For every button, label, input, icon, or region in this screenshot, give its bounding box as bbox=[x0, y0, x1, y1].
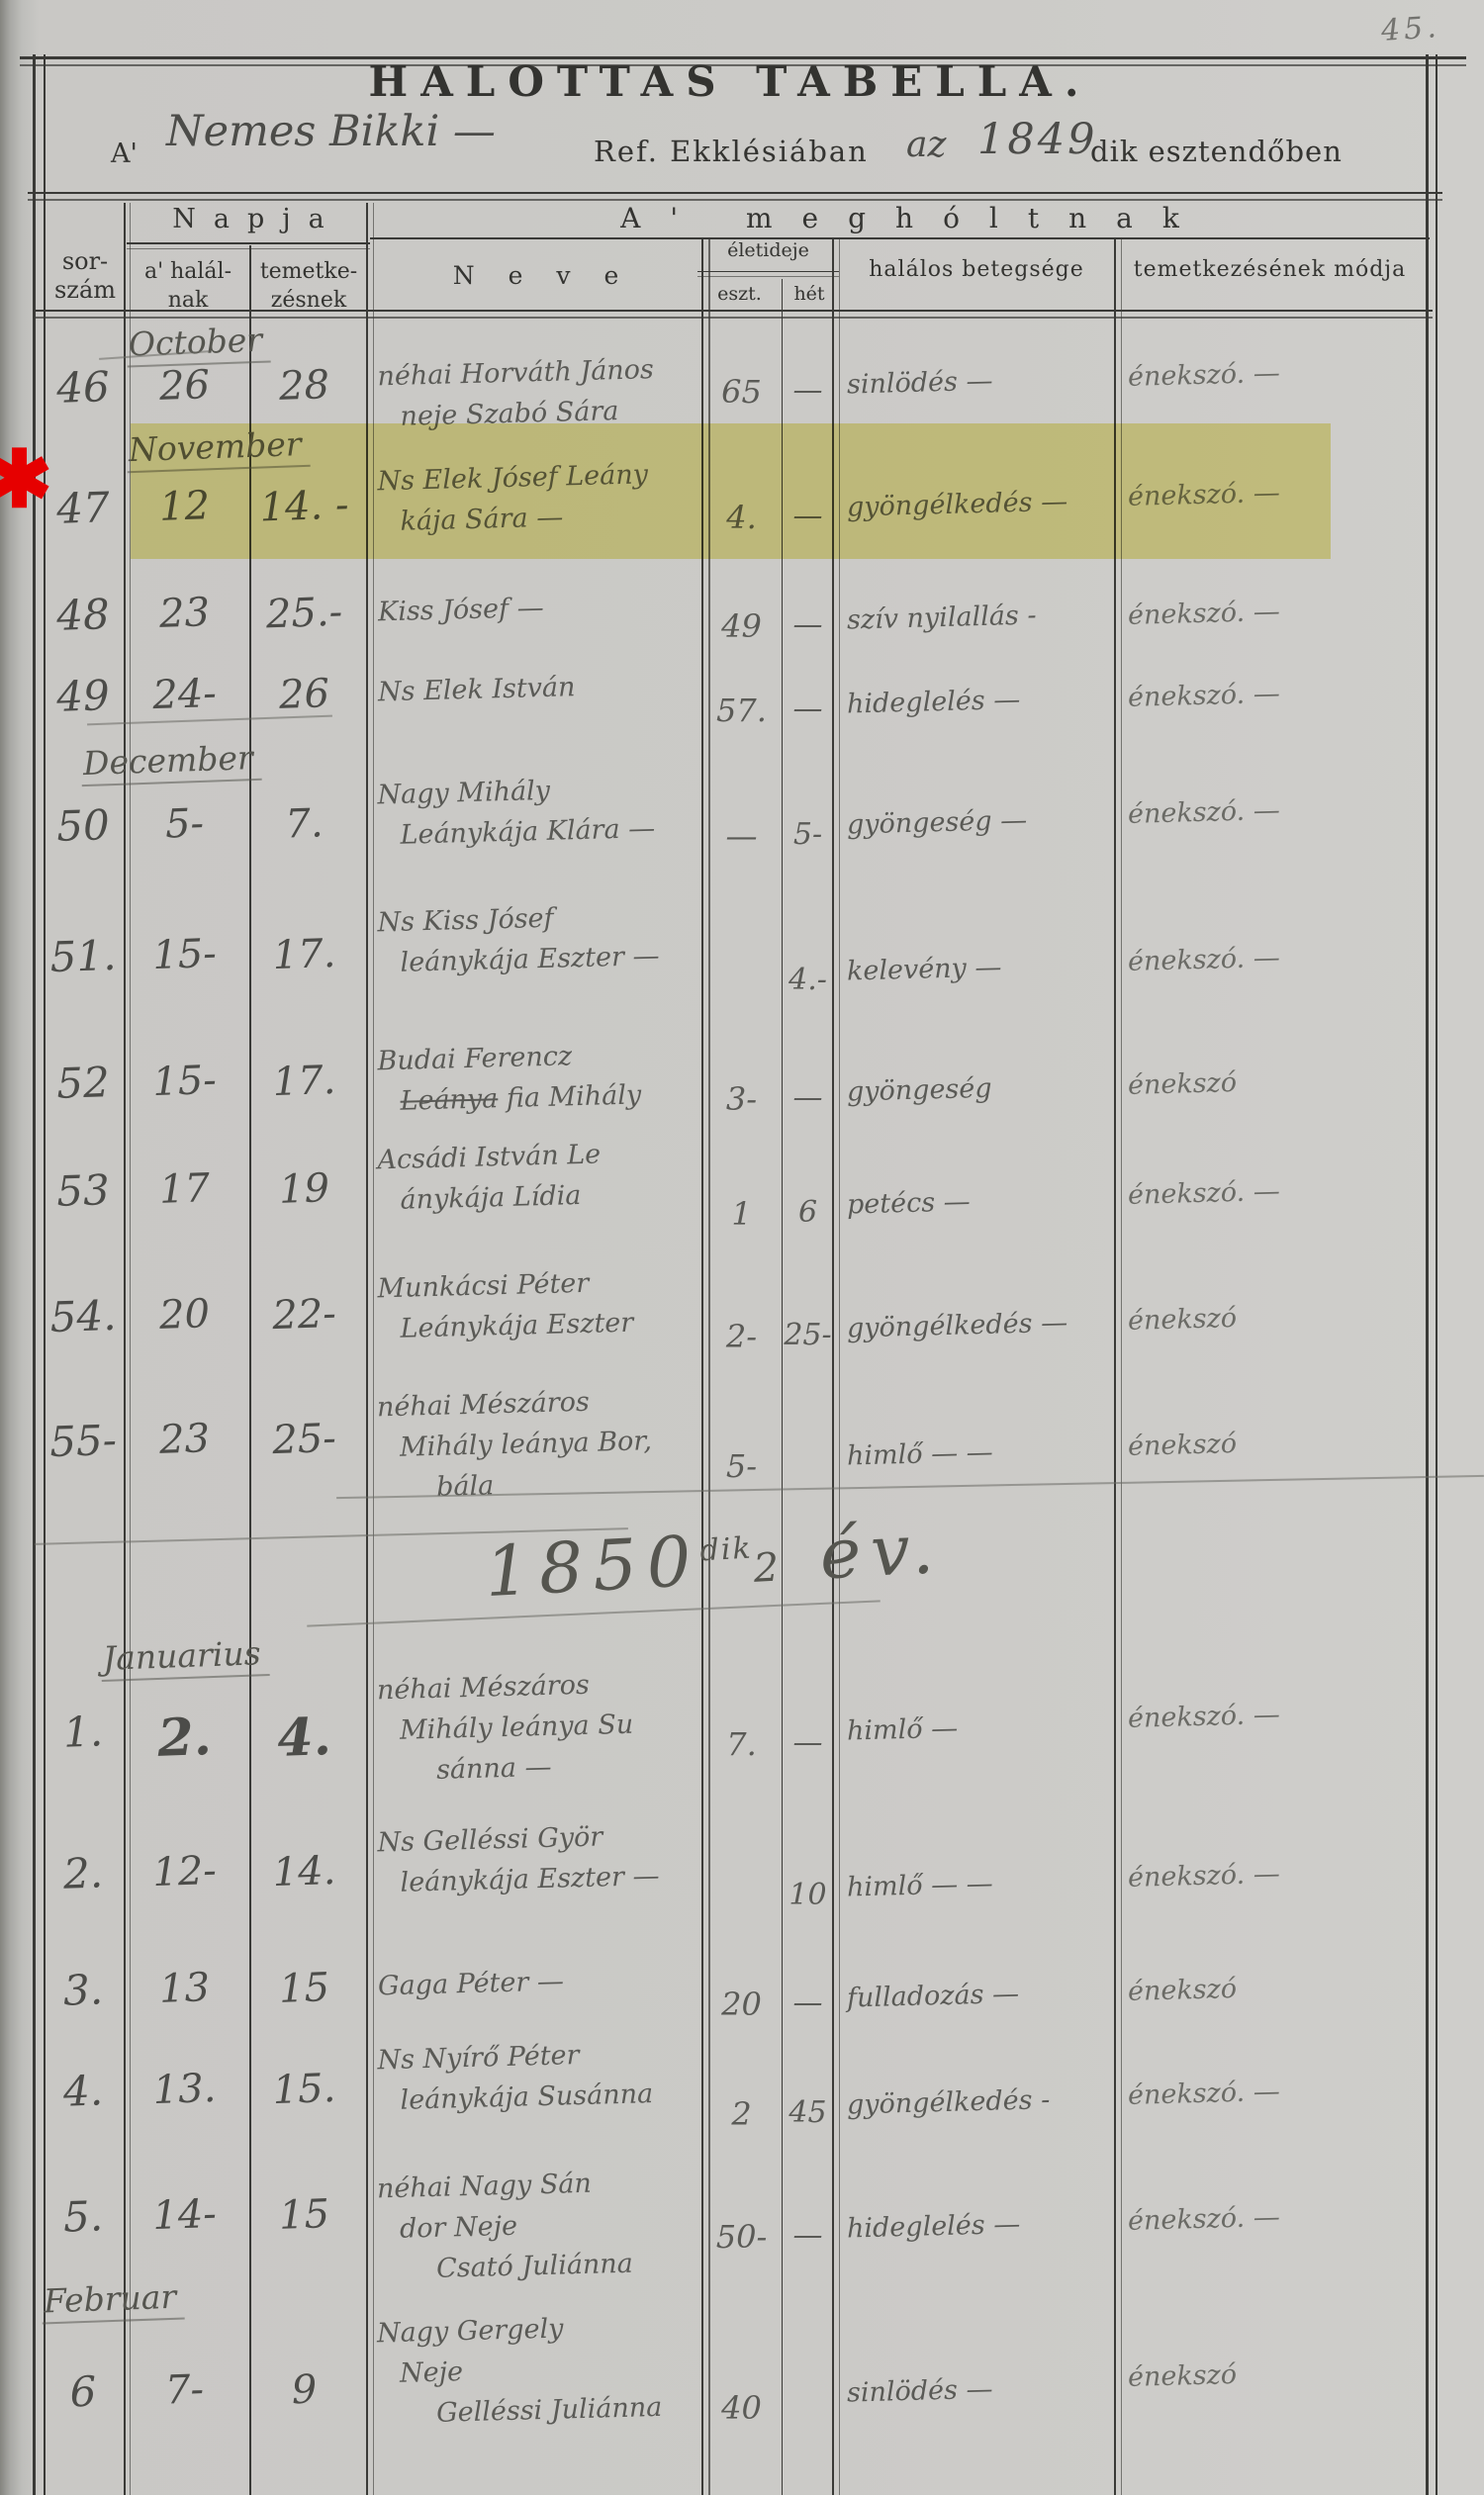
asterisk-marker: ✱ bbox=[0, 439, 52, 518]
cell-age-years: 3- bbox=[703, 1080, 780, 1118]
header-age-weeks: hét bbox=[782, 283, 837, 305]
scanned-register-page: 45. HALOTTAS TABELLA. A' Nemes Bikki — R… bbox=[0, 0, 1484, 2495]
cell-age-years: 40 bbox=[703, 2389, 780, 2427]
month-label: October bbox=[126, 320, 271, 367]
cell-serial-number: 1. bbox=[39, 1706, 128, 1757]
header-of-burial-line1: temetke- bbox=[249, 257, 368, 286]
header-day: Napja bbox=[127, 204, 370, 234]
header-of-death-line2: nak bbox=[127, 286, 249, 315]
cell-age-years: — bbox=[703, 817, 780, 855]
header-fatal-disease: halálos betegsége bbox=[839, 257, 1114, 282]
name-line: leánykája Eszter — bbox=[400, 935, 710, 983]
cell-age-years: 65 bbox=[703, 373, 780, 411]
cell-name: Kiss Jósef — bbox=[378, 583, 710, 632]
cell-name: Ns Nyírő Péterleánykája Susánna bbox=[377, 2032, 710, 2122]
cell-age-weeks: — bbox=[780, 1080, 836, 1115]
table-row: 49 24- 26 Ns Elek István 57. — hideglelé… bbox=[0, 643, 1484, 737]
cell-serial-number: 46 bbox=[39, 361, 128, 413]
name-line: Leánykája Klára — bbox=[400, 807, 710, 856]
cell-burial-day: 7. bbox=[241, 799, 367, 849]
cell-burial-mode: énekszó bbox=[1128, 1063, 1421, 1101]
name-line: Ns Elek István bbox=[378, 663, 710, 712]
cell-name: Ns Kiss Jósefleánykája Eszter — bbox=[377, 894, 710, 984]
table-row: 54. 20 22- Munkácsi PéterLeánykája Eszte… bbox=[0, 1256, 1484, 1375]
cell-death-day: 26 bbox=[126, 360, 243, 410]
header-of-death-line1: a' halál- bbox=[127, 257, 249, 286]
cell-name: Nagy MihályLeánykája Klára — bbox=[377, 767, 710, 857]
subtitle-year-handwritten: 1849 bbox=[977, 115, 1097, 164]
table-row: October 46 26 28 néhai Horváth Jánosneje… bbox=[0, 319, 1484, 423]
name-line: Gaga Péter — bbox=[378, 1958, 710, 2007]
name-line: Gelléssi Juliánna bbox=[436, 2386, 711, 2434]
cell-name: Budai FerenczLeánya fia Mihály bbox=[377, 1033, 710, 1123]
eletideje-underline-b bbox=[697, 276, 839, 277]
cell-age-weeks: — bbox=[780, 607, 836, 642]
table-row: Februar 6 7- 9 Nagy GergelyNejeGelléssi … bbox=[0, 2275, 1484, 2495]
year-1850-number: 1850 bbox=[483, 1521, 702, 1613]
cell-age-weeks: 6 bbox=[780, 1195, 836, 1230]
cell-disease: gyöngélkedés - bbox=[847, 2082, 1117, 2120]
cell-burial-day: 22- bbox=[241, 1290, 367, 1340]
table-row: Januarius 1. 2. 4. néhai MészárosMihály … bbox=[0, 1632, 1484, 1810]
cell-serial-number: 6 bbox=[39, 2366, 128, 2418]
cell-name: Acsádi István Leánykája Lídia bbox=[377, 1132, 710, 1222]
cell-burial-day: 28 bbox=[241, 360, 367, 410]
cell-death-day: 20 bbox=[126, 1290, 243, 1340]
cell-age-years: 20 bbox=[703, 1986, 780, 2023]
name-line: leánykája Susánna bbox=[400, 2073, 710, 2121]
cell-age-years: 7. bbox=[703, 1725, 780, 1763]
page-number: 45. bbox=[1380, 10, 1441, 48]
cell-name: néhai MészárosMihály leánya Bor,bála bbox=[376, 1379, 710, 1510]
subtitle-suffix: dik esztendőben bbox=[1090, 135, 1343, 168]
napja-underline-b bbox=[127, 248, 370, 249]
cell-burial-mode: énekszó bbox=[1128, 1969, 1421, 2007]
cell-burial-day: 15 bbox=[241, 1964, 367, 2013]
cell-age-years: 2 bbox=[703, 2095, 780, 2133]
cell-disease: himlő — bbox=[847, 1709, 1117, 1746]
cell-burial-day: 19 bbox=[241, 1164, 367, 1214]
cell-serial-number: 48 bbox=[39, 589, 128, 640]
cell-burial-mode: énekszó bbox=[1128, 2356, 1421, 2394]
eletideje-underline-a bbox=[697, 271, 839, 272]
header-age-years: eszt. bbox=[699, 283, 780, 305]
cell-disease: szív nyilallás - bbox=[847, 599, 1117, 636]
cell-death-day: 14- bbox=[126, 2190, 243, 2240]
table-row: December 50 5- 7. Nagy MihályLeánykája K… bbox=[0, 737, 1484, 890]
cell-age-weeks: — bbox=[780, 1725, 836, 1760]
cell-name: néhai Nagy Sándor NejeCsató Juliánna bbox=[376, 2161, 710, 2291]
cell-burial-day: 25- bbox=[241, 1415, 367, 1464]
cell-disease: gyöngélkedés — bbox=[847, 1306, 1117, 1343]
header-of-death: a' halál- nak bbox=[127, 257, 249, 315]
year-1850-word: év. bbox=[818, 1508, 946, 1595]
cell-death-day: 13 bbox=[126, 1964, 243, 2013]
subtitle-rule-b bbox=[28, 199, 1442, 201]
header-of-the-deceased: A' meghóltnak bbox=[370, 202, 1430, 234]
cell-death-day: 12- bbox=[126, 1847, 243, 1896]
table-row: 51. 15- 17. Ns Kiss Jósefleánykája Eszte… bbox=[0, 890, 1484, 1029]
page-title: HALOTTAS TABELLA. bbox=[33, 57, 1428, 106]
cell-age-weeks: — bbox=[780, 1986, 836, 2020]
cell-burial-day: 17. bbox=[241, 930, 367, 979]
name-line: Leánykája Eszter bbox=[400, 1301, 710, 1349]
month-label: December bbox=[80, 738, 261, 786]
header-serial-line1: sor- bbox=[44, 247, 127, 276]
cell-death-day: 23 bbox=[126, 589, 243, 638]
cell-burial-mode: énekszó. — bbox=[1128, 675, 1421, 713]
cell-death-day: 5- bbox=[126, 799, 243, 849]
cell-age-weeks: 4.- bbox=[780, 963, 836, 997]
cell-burial-mode: énekszó. — bbox=[1128, 939, 1421, 977]
cell-name: Nagy GergelyNejeGelléssi Juliánna bbox=[376, 2305, 710, 2436]
cell-burial-mode: énekszó. — bbox=[1128, 1856, 1421, 1894]
cell-serial-number: 54. bbox=[39, 1290, 128, 1341]
cell-age-weeks: 5- bbox=[780, 817, 836, 852]
year-1850-divider: 1850dik2 év. bbox=[0, 1514, 1484, 1632]
napja-underline-a bbox=[127, 242, 370, 244]
cell-name: Ns Gelléssi Györleánykája Eszter — bbox=[377, 1814, 710, 1904]
cell-age-years: 1 bbox=[703, 1195, 780, 1233]
cell-serial-number: 50 bbox=[39, 800, 128, 852]
cell-burial-mode: énekszó. — bbox=[1128, 2198, 1421, 2237]
cell-disease: petécs — bbox=[847, 1182, 1117, 1220]
header-name: Neve bbox=[370, 261, 701, 290]
cell-disease: fulladozás — bbox=[847, 1976, 1117, 2013]
cell-burial-day: 4. bbox=[241, 1705, 367, 1769]
cell-burial-day: 17. bbox=[241, 1057, 367, 1106]
cell-name: Gaga Péter — bbox=[378, 1958, 710, 2007]
table-row: 4. 13. 15. Ns Nyírő Péterleánykája Susán… bbox=[0, 2028, 1484, 2157]
cell-death-day: 23 bbox=[126, 1415, 243, 1464]
cell-serial-number: 53 bbox=[39, 1164, 128, 1216]
cell-age-weeks: 25- bbox=[780, 1318, 836, 1352]
year-1850-suffix: dik bbox=[699, 1531, 754, 1569]
cell-death-day: 15- bbox=[126, 1057, 243, 1106]
cell-serial-number: 4. bbox=[39, 2065, 128, 2116]
row-highlight bbox=[131, 423, 1331, 559]
cell-age-weeks: 45 bbox=[780, 2095, 836, 2130]
subtitle-rule-a bbox=[28, 192, 1442, 194]
cell-disease: sinlödés — bbox=[847, 2370, 1117, 2408]
header-serial-number: sor- szám bbox=[44, 247, 127, 305]
year-1850-extra: 2 bbox=[752, 1544, 789, 1592]
name-line: bála bbox=[436, 1460, 711, 1508]
cell-name: néhai MészárosMihály leánya Susánna — bbox=[376, 1662, 710, 1793]
cell-burial-mode: énekszó. — bbox=[1128, 1697, 1421, 1735]
table-body: October 46 26 28 néhai Horváth Jánosneje… bbox=[0, 319, 1484, 2495]
cell-serial-number: 2. bbox=[39, 1847, 128, 1898]
cell-disease: himlő — — bbox=[847, 1865, 1117, 1902]
subtitle-church: Ref. Ekklésiában bbox=[594, 135, 869, 168]
year-1850-heading: 1850dik2 év. bbox=[483, 1508, 945, 1613]
cell-death-day: 7- bbox=[126, 2365, 243, 2415]
cell-death-day: 24- bbox=[126, 669, 243, 718]
cell-burial-day: 15. bbox=[241, 2065, 367, 2114]
month-label: Februar bbox=[41, 2276, 185, 2324]
cell-age-years: 49 bbox=[703, 607, 780, 645]
cell-disease: sinlödés — bbox=[847, 362, 1117, 400]
table-row: 52 15- 17. Budai FerenczLeánya fia Mihál… bbox=[0, 1029, 1484, 1128]
cell-disease: hideglelés — bbox=[847, 2206, 1117, 2244]
cell-name: Munkácsi PéterLeánykája Eszter bbox=[377, 1260, 710, 1350]
cell-age-years: 5- bbox=[703, 1447, 780, 1485]
cell-serial-number: 3. bbox=[39, 1964, 128, 2015]
cell-age-years: 50- bbox=[703, 2218, 780, 2256]
name-line: Leánya fia Mihály bbox=[400, 1073, 710, 1122]
cell-serial-number: 5. bbox=[39, 2190, 128, 2242]
cell-serial-number: 52 bbox=[39, 1057, 128, 1108]
cell-burial-mode: énekszó. — bbox=[1128, 2074, 1421, 2112]
cell-death-day: 17 bbox=[126, 1164, 243, 1214]
cell-burial-mode: énekszó. — bbox=[1128, 791, 1421, 830]
subtitle-article: A' bbox=[111, 139, 138, 169]
subtitle-az-handwritten: az bbox=[906, 125, 946, 165]
month-label: Januarius bbox=[100, 1633, 269, 1682]
table-row: 2. 12- 14. Ns Gelléssi Györleánykája Esz… bbox=[0, 1810, 1484, 1939]
table-row: 3. 13 15 Gaga Péter — 20 — fulladozás — … bbox=[0, 1939, 1484, 2028]
cell-death-day: 2. bbox=[126, 1706, 243, 1770]
cell-age-years: 57. bbox=[703, 692, 780, 729]
cell-burial-day: 9 bbox=[241, 2365, 367, 2415]
megholtnak-underline bbox=[370, 237, 1430, 239]
cell-burial-day: 26 bbox=[241, 669, 367, 718]
name-line: sánna — bbox=[436, 1743, 711, 1791]
cell-serial-number: 55- bbox=[39, 1415, 128, 1466]
cell-age-weeks: 10 bbox=[780, 1878, 836, 1912]
header-of-burial-line2: zésnek bbox=[249, 286, 368, 315]
header-of-burial: temetke- zésnek bbox=[249, 257, 368, 315]
cell-burial-mode: énekszó bbox=[1128, 1424, 1421, 1462]
name-line: leánykája Eszter — bbox=[400, 1855, 710, 1903]
cell-serial-number: 51. bbox=[39, 930, 128, 981]
name-line: Kiss Jósef — bbox=[378, 583, 710, 632]
table-row: 48 23 25.- Kiss Jósef — 49 — szív nyilal… bbox=[0, 568, 1484, 643]
cell-burial-day: 14. bbox=[241, 1847, 367, 1896]
header-burial-manner: temetkezésének módja bbox=[1114, 257, 1426, 282]
cell-age-weeks: — bbox=[780, 692, 836, 726]
subtitle-place-handwritten: Nemes Bikki — bbox=[166, 107, 496, 156]
cell-burial-mode: énekszó. — bbox=[1128, 354, 1421, 393]
cell-burial-day: 15 bbox=[241, 2190, 367, 2240]
cell-disease: himlő — — bbox=[847, 1433, 1117, 1471]
cell-age-weeks: — bbox=[780, 373, 836, 408]
cell-burial-mode: énekszó bbox=[1128, 1298, 1421, 1337]
cell-disease: hideglelés — bbox=[847, 682, 1117, 719]
table-row: 5. 14- 15 néhai Nagy Sándor NejeCsató Ju… bbox=[0, 2157, 1484, 2275]
cell-age-weeks: — bbox=[780, 2218, 836, 2253]
cell-burial-day: 25.- bbox=[241, 589, 367, 638]
cell-serial-number: 49 bbox=[39, 670, 128, 721]
cell-death-day: 13. bbox=[126, 2065, 243, 2114]
header-age: életideje bbox=[697, 239, 839, 261]
cell-death-day: 15- bbox=[126, 930, 243, 979]
section-1850-rows: Januarius 1. 2. 4. néhai MészárosMihály … bbox=[0, 1632, 1484, 2495]
table-row: 55- 23 25- néhai MészárosMihály leánya B… bbox=[0, 1375, 1484, 1514]
table-row: 53 17 19 Acsádi István Leánykája Lídia 1… bbox=[0, 1128, 1484, 1256]
header-serial-line2: szám bbox=[44, 276, 127, 305]
cell-disease: gyöngeség — bbox=[847, 802, 1117, 840]
cell-disease: gyöngeség bbox=[847, 1069, 1117, 1107]
cell-disease: kelevény — bbox=[847, 949, 1117, 986]
name-line: ánykája Lídia bbox=[400, 1172, 710, 1221]
cell-name: Ns Elek István bbox=[378, 663, 710, 712]
cell-burial-mode: énekszó. — bbox=[1128, 593, 1421, 631]
cell-age-years: 2- bbox=[703, 1318, 780, 1355]
cell-burial-mode: énekszó. — bbox=[1128, 1173, 1421, 1212]
